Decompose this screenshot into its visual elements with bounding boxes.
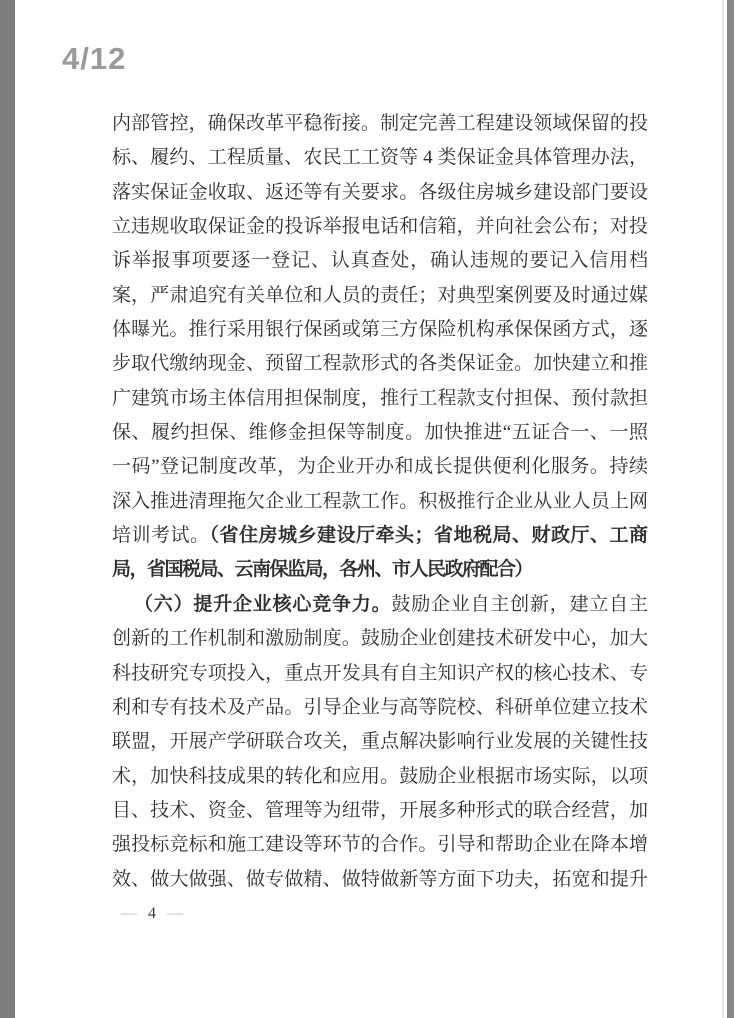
document-line: 培训考试。（省住房城乡建设厅牵头；省地税局、财政厅、工商 (112, 519, 648, 553)
right-edge-bar (727, 0, 734, 1018)
section-heading-bold-run: （六）提升企业核心竞争力。 (134, 594, 391, 615)
document-line: 诉举报事项要逐一登记、认真查处，确认违规的要记入信用档 (112, 244, 648, 278)
paragraph-continuation: 内部管控，确保改革平稳衔接。制定完善工程建设领域保留的投 标、履约、工程质量、农… (112, 107, 648, 588)
responsible-agencies-bold-run: 局，省国税局、云南保监局，各州、市人民政府配合） (112, 559, 532, 580)
left-edge-strip (0, 0, 15, 1018)
document-line: 标、履约、工程质量、农民工工资等 4 类保证金具体管理办法， (112, 141, 648, 175)
paragraph-section-6: （六）提升企业核心竞争力。鼓励企业自主创新，建立自主 创新的工作机制和激励制度。… (112, 588, 648, 897)
document-line: 深入推进清理拖欠企业工程款工作。积极推行企业从业人员上网 (112, 485, 648, 519)
document-line: 广建筑市场主体信用担保制度，推行工程款支付担保、预付款担 (112, 382, 648, 416)
document-line: 效、做大做强、做专做精、做特做新等方面下功夫，拓宽和提升 (112, 863, 648, 897)
document-line: 案，严肃追究有关单位和人员的责任；对典型案例要及时通过媒 (112, 279, 648, 313)
footer-page-number: 4 (148, 905, 158, 922)
responsible-agencies-bold-run: （省住房城乡建设厅牵头；省地税局、财政厅、工商 (210, 525, 648, 546)
document-line: 术，加快科技成果的转化和应用。鼓励企业根据市场实际，以项 (112, 760, 648, 794)
document-line: 落实保证金收取、返还等有关要求。各级住房城乡建设部门要设 (112, 176, 648, 210)
document-line: （六）提升企业核心竞争力。鼓励企业自主创新，建立自主 (112, 588, 648, 622)
document-viewer: 4/12 内部管控，确保改革平稳衔接。制定完善工程建设领域保留的投 标、履约、工… (0, 0, 737, 1018)
page-right-border (722, 0, 724, 1018)
footer-dash-left: — (112, 905, 148, 922)
document-line: 一码”登记制度改革，为企业开办和成长提供便利化服务。持续 (112, 450, 648, 484)
document-line: 利和专有技术及产品。引导企业与高等院校、科研单位建立技术 (112, 691, 648, 725)
document-line: 内部管控，确保改革平稳衔接。制定完善工程建设领域保留的投 (112, 107, 648, 141)
document-line: 保、履约担保、维修金担保等制度。加快推进“五证合一、一照 (112, 416, 648, 450)
document-line: 目、技术、资金、管理等为纽带，开展多种形式的联合经营，加 (112, 794, 648, 828)
document-line: 立违规收取保证金的投诉举报电话和信箱，并向社会公布；对投 (112, 210, 648, 244)
page-footer: —4— (112, 903, 194, 925)
page-indicator: 4/12 (62, 42, 126, 76)
document-line: 联盟，开展产学研联合攻关，重点解决影响行业发展的关键性技 (112, 725, 648, 759)
document-text-run: 鼓励企业自主创新，建立自主 (391, 594, 648, 615)
document-text-run: 培训考试。 (112, 525, 210, 546)
document-line: 科技研究专项投入，重点开发具有自主知识产权的核心技术、专 (112, 657, 648, 691)
document-line: 体曝光。推行采用银行保函或第三方保险机构承保保函方式，逐 (112, 313, 648, 347)
document-page-text: 内部管控，确保改革平稳衔接。制定完善工程建设领域保留的投 标、履约、工程质量、农… (112, 107, 648, 897)
document-line: 局，省国税局、云南保监局，各州、市人民政府配合） (112, 553, 648, 587)
document-line: 步取代缴纳现金、预留工程款形式的各类保证金。加快建立和推 (112, 347, 648, 381)
document-line: 强投标竞标和施工建设等环节的合作。引导和帮助企业在降本增 (112, 828, 648, 862)
document-line: 创新的工作机制和激励制度。鼓励企业创建技术研发中心，加大 (112, 622, 648, 656)
footer-dash-right: — (158, 905, 194, 922)
